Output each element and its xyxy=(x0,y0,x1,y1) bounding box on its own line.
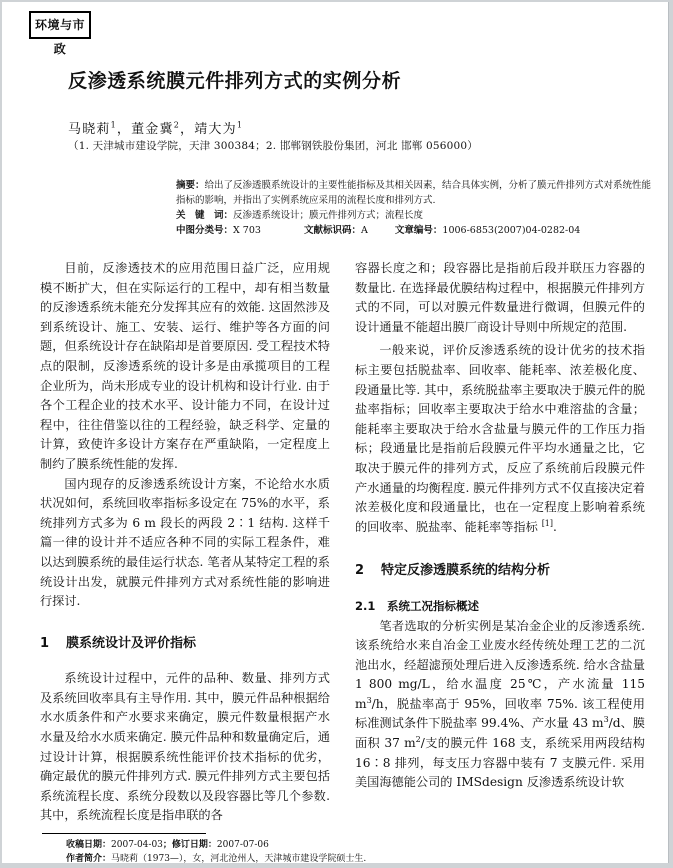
abstract: 摘要：给出了反渗透膜系统设计的主要性能指标及其相关因素，结合具体实例，分析了膜元… xyxy=(176,178,656,208)
paragraph: 国内现存的反渗透系统设计方案，不论给水水质状况如何，系统回收率指标多设定在 75… xyxy=(40,475,330,612)
affiliations: （1. 天津城市建设学院，天津 300384；2. 邯郸钢铁股份集团，河北 邯郸… xyxy=(68,138,478,153)
bio-text: 马晓莉（1973—），女，河北沧州人，天津城市建设学院硕士生. xyxy=(111,854,366,864)
footnote-divider xyxy=(42,833,206,834)
section-heading: 1膜系统设计及评价指标 xyxy=(40,634,330,654)
subsection-heading: 2.1系统工况指标概述 xyxy=(355,597,645,617)
paragraph: 容器长度之和；段容器比是指前后段并联压力容器的数量比. 在选择最优膜结构过程中，… xyxy=(355,259,645,337)
author-list: 马晓莉1，董金冀2，靖大为1 xyxy=(68,118,243,137)
clc-value: X 703 xyxy=(233,225,261,236)
author-separator: ， xyxy=(117,122,131,137)
section-number: 1 xyxy=(40,634,66,654)
paragraph: 系统设计过程中，元件的品种、数量、排列方式及系统回收率具有主导作用. 其中，膜元… xyxy=(40,669,330,826)
author-name: 董金冀 xyxy=(131,122,174,137)
dates-footnote: 收稿日期：2007-04-03；修订日期：2007-07-06 xyxy=(66,838,366,852)
doc-code-value: A xyxy=(361,225,368,236)
paragraph: 笔者选取的分析实例是某冶金企业的反渗透系统. 该系统给水来自冶金工业废水经传统处… xyxy=(355,617,645,793)
subsection-number: 2.1 xyxy=(355,597,387,617)
clc-label: 中图分类号： xyxy=(176,225,233,236)
keywords-label: 关 键 词： xyxy=(176,210,233,221)
received-date: 2007-04-03 xyxy=(111,840,163,850)
journal-section-tag: 环境与市政 xyxy=(29,11,91,39)
author-name: 马晓莉 xyxy=(68,122,111,137)
bio-label: 作者简介： xyxy=(66,854,111,864)
paragraph: 一般来说，评价反渗透系统的设计优劣的技术指标主要包括脱盐率、回收率、能耗率、浓差… xyxy=(355,341,645,537)
article-title: 反渗透系统膜元件排列方式的实例分析 xyxy=(68,66,401,93)
abstract-label: 摘要： xyxy=(176,180,205,191)
right-column: 容器长度之和；段容器比是指前后段并联压力容器的数量比. 在选择最优膜结构过程中，… xyxy=(355,259,645,793)
received-label: 收稿日期： xyxy=(66,840,111,850)
revised-label: ；修订日期： xyxy=(163,840,217,850)
paragraph: 目前，反渗透技术的应用范围日益广泛，应用规模不断扩大，但在实际运行的工程中，却有… xyxy=(40,259,330,475)
author-separator: ， xyxy=(180,122,194,137)
author-bio-footnote: 作者简介：马晓莉（1973—），女，河北沧州人，天津城市建设学院硕士生. xyxy=(66,852,366,866)
article-number-label: 文章编号： xyxy=(395,225,443,236)
document-page: 环境与市政 反渗透系统膜元件排列方式的实例分析 马晓莉1，董金冀2，靖大为1 （… xyxy=(2,2,669,863)
keywords: 关 键 词：反渗透系统设计；膜元件排列方式；流程长度 xyxy=(176,208,656,223)
section-number: 2 xyxy=(355,561,381,581)
article-number-value: 1006-6853(2007)04-0282-04 xyxy=(442,225,580,236)
section-title: 特定反渗透膜系统的结构分析 xyxy=(381,563,550,578)
keywords-text: 反渗透系统设计；膜元件排列方式；流程长度 xyxy=(233,210,423,221)
footnotes: 收稿日期：2007-04-03；修订日期：2007-07-06 作者简介：马晓莉… xyxy=(66,838,366,866)
paragraph-text: 一般来说，评价反渗透系统的设计优劣的技术指标主要包括脱盐率、回收率、能耗率、浓差… xyxy=(355,343,645,533)
doc-code-label: 文献标识码： xyxy=(304,225,361,236)
citation-ref[interactable]: [1] xyxy=(542,519,553,528)
classification-info: 中图分类号：X 703 文献标识码：A 文章编号：1006-6853(2007)… xyxy=(176,223,656,238)
left-column: 目前，反渗透技术的应用范围日益广泛，应用规模不断扩大，但在实际运行的工程中，却有… xyxy=(40,259,330,826)
section-heading: 2特定反渗透膜系统的结构分析 xyxy=(355,561,645,581)
abstract-block: 摘要：给出了反渗透膜系统设计的主要性能指标及其相关因素，结合具体实例，分析了膜元… xyxy=(176,178,656,238)
abstract-text: 给出了反渗透膜系统设计的主要性能指标及其相关因素，结合具体实例，分析了膜元件排列… xyxy=(176,180,651,206)
revised-date: 2007-07-06 xyxy=(217,840,269,850)
author-name: 靖大为 xyxy=(194,122,237,137)
author-affiliation-mark: 1 xyxy=(237,121,243,130)
section-title: 膜系统设计及评价指标 xyxy=(66,636,196,651)
subsection-title: 系统工况指标概述 xyxy=(387,599,479,613)
